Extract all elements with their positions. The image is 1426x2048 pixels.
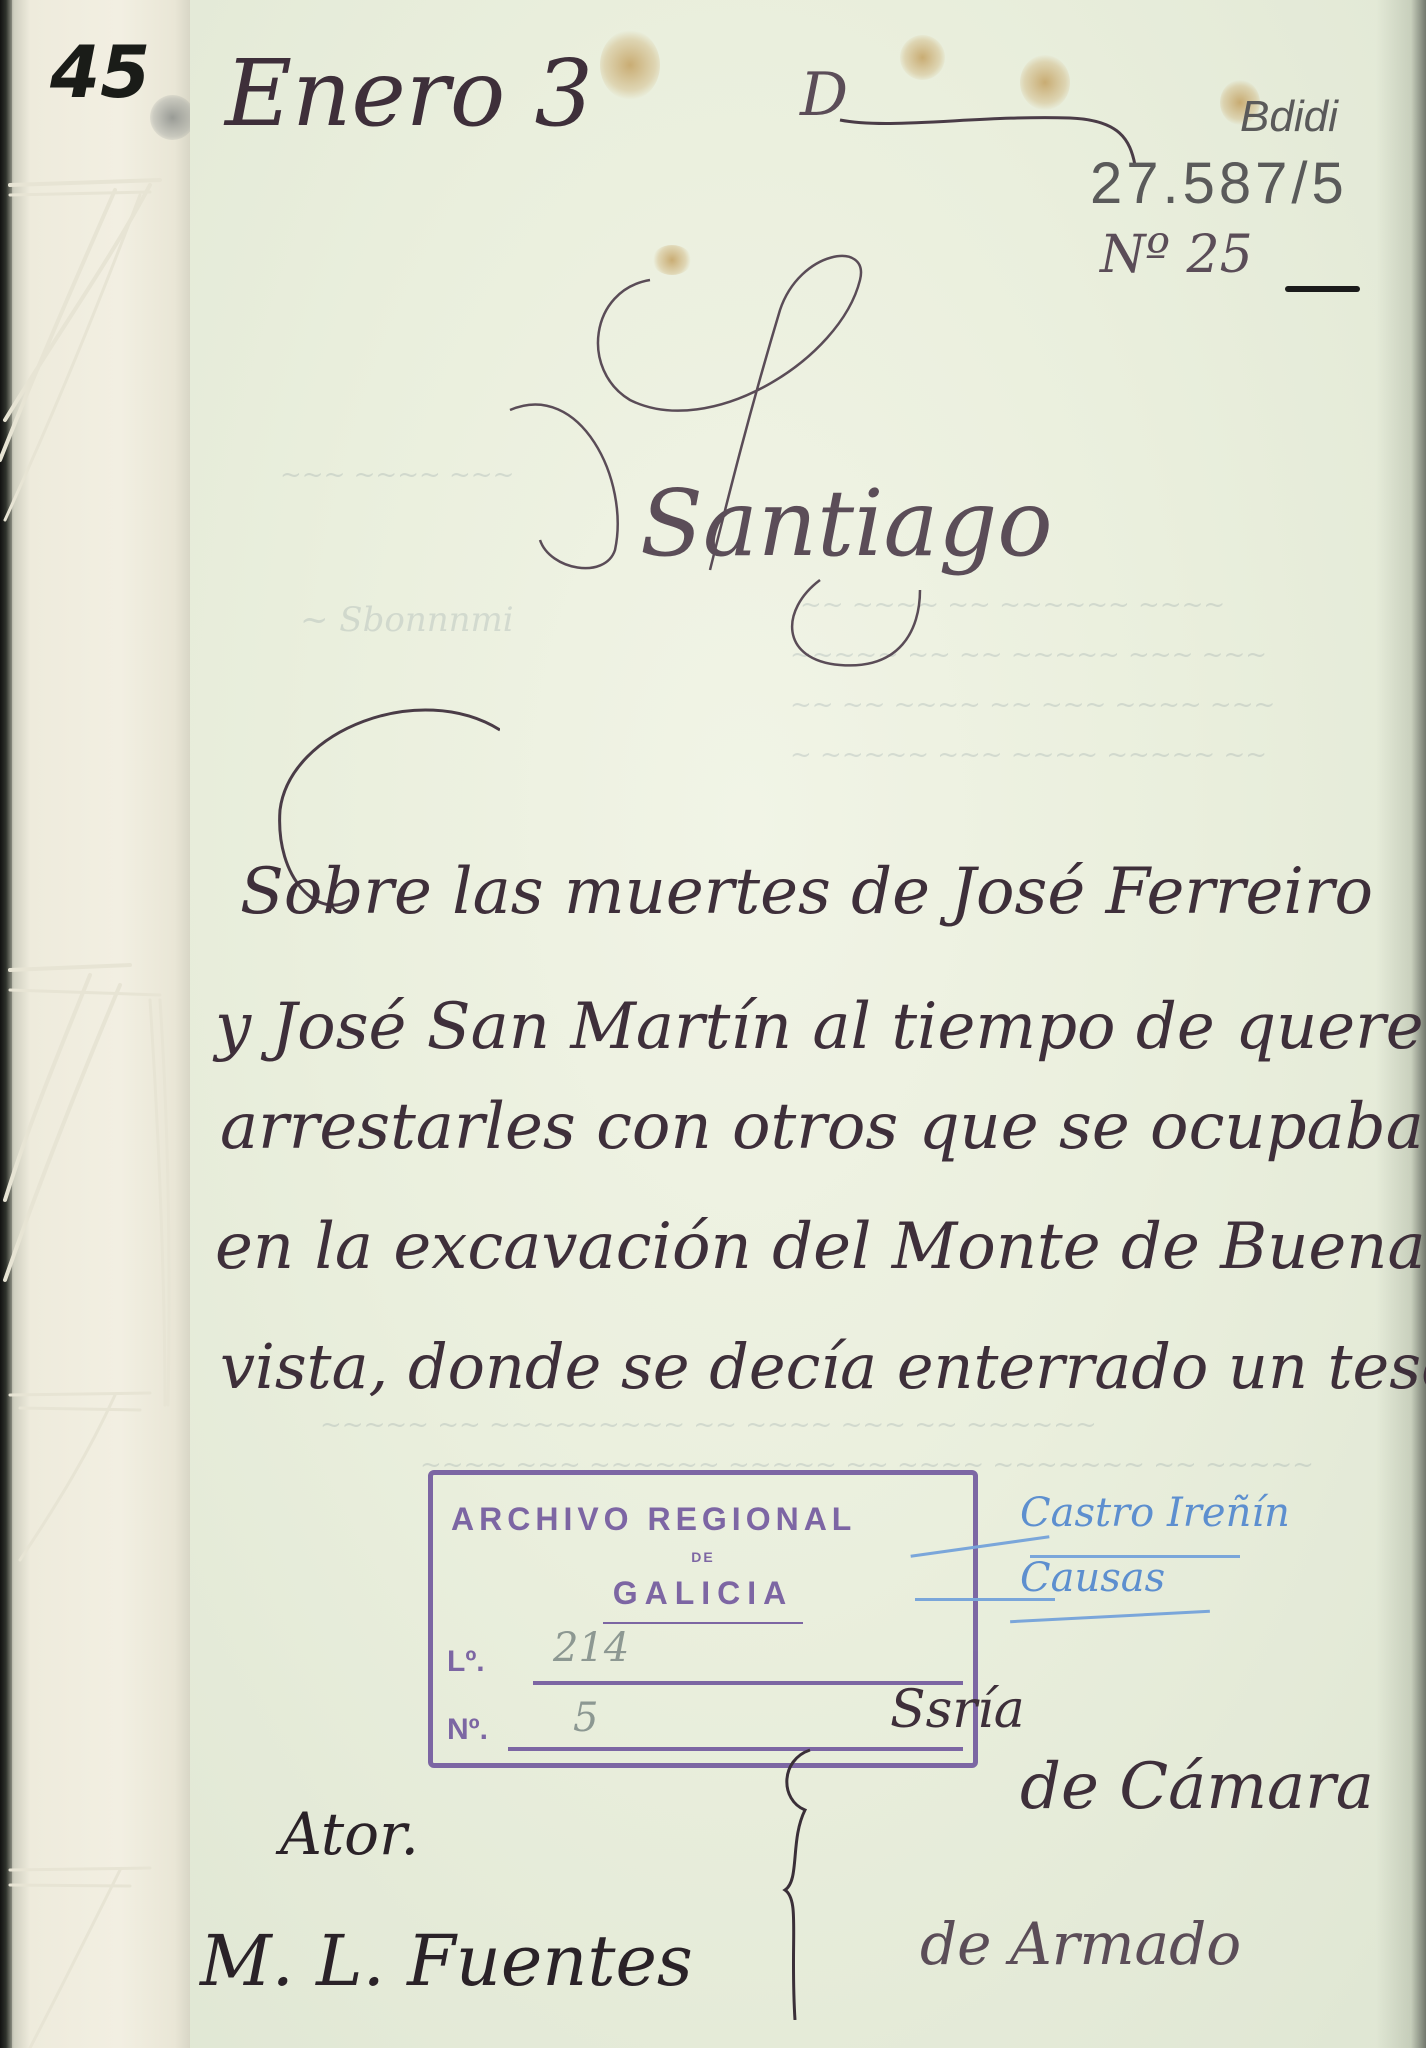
footer-left-line-1: Ator.	[280, 1800, 419, 1868]
footer-right-line-2: de Cámara	[1020, 1750, 1374, 1824]
subject-line-5: vista, donde se decía enterrado un tesor…	[220, 1330, 1426, 1403]
stamp-de: DE	[433, 1549, 973, 1565]
bleed-through-text: ~~~~~ ~~ ~~~~~~~~~ ~~ ~~~~ ~~~ ~~ ~~~~~~	[320, 1410, 1097, 1440]
stamp-legajo-label: Lº.	[447, 1645, 485, 1679]
blue-annotation-line-2: Causas	[1020, 1555, 1165, 1601]
ink-blot	[150, 95, 195, 140]
archive-code: 27.587/5	[1090, 150, 1348, 217]
binding-thread-icon	[0, 0, 190, 2048]
subject-line-1: Sobre las muertes de José Ferreiro	[240, 855, 1373, 929]
bleed-through-text: ~ ~~~~~ ~~~ ~~~~ ~~~~~ ~~	[790, 740, 1267, 770]
stamp-underline	[603, 1622, 803, 1624]
footer-right-line-3: de Armado	[920, 1910, 1241, 1978]
subject-line-4: en la excavación del Monte de Buena	[215, 1210, 1426, 1284]
stamp-archive-name: ARCHIVO REGIONAL	[451, 1501, 856, 1538]
footer-right-line-1: Ssría	[890, 1680, 1025, 1740]
subject-line-2: y José San Martín al tiempo de querer	[215, 990, 1426, 1064]
spine-file-number: 45	[50, 30, 150, 114]
stamp-rule	[508, 1747, 963, 1751]
archive-code-label: Bdidi	[1240, 92, 1338, 142]
footer-left-signature: M. L. Fuentes	[200, 1920, 693, 2002]
date-heading: Enero 3	[225, 40, 593, 147]
stain	[900, 35, 945, 80]
blue-annotation-line-1: Castro Ireñín	[1020, 1490, 1290, 1536]
stamp-number-value: 5	[573, 1695, 598, 1741]
file-number: Nº 25	[1100, 225, 1253, 285]
subject-line-3: arrestarles con otros que se ocupaban	[220, 1090, 1426, 1164]
stamp-region: GALICIA	[433, 1575, 973, 1612]
brace-icon	[770, 1740, 830, 2020]
stamp-legajo-value: 214	[553, 1625, 629, 1671]
binding-spine: 45	[0, 0, 190, 2048]
place-heading: Santiago	[640, 470, 1053, 577]
stain	[600, 30, 660, 100]
bleed-through-text: ~~ ~~ ~~~~ ~~ ~~~ ~~~~ ~~~	[790, 690, 1275, 720]
ink-underline	[1285, 286, 1360, 292]
stamp-number-label: Nº.	[447, 1713, 488, 1747]
flourish-icon	[480, 250, 1080, 670]
